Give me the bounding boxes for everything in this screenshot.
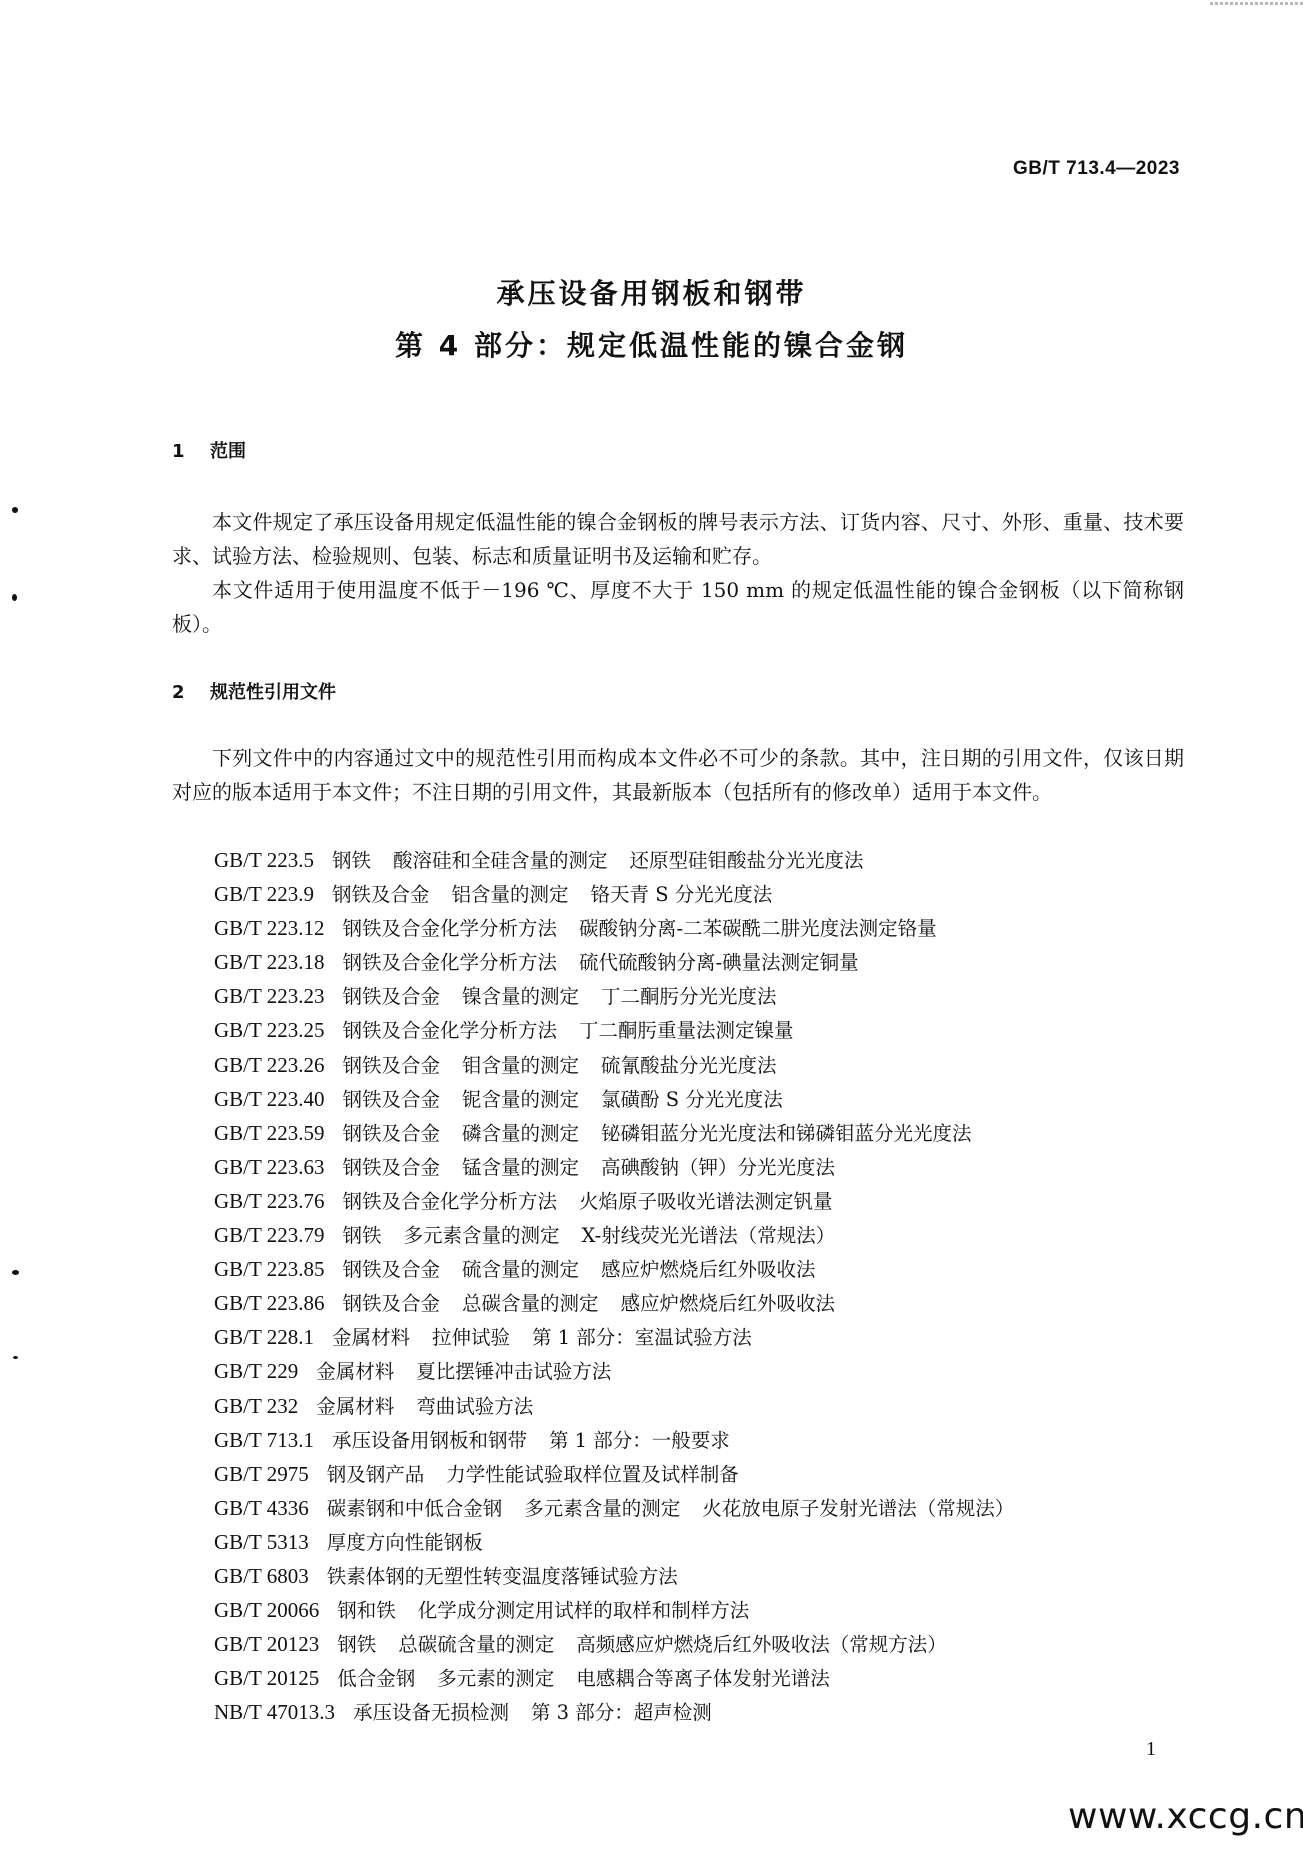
reference-title-part: X-射线荧光光谱法（常规法） xyxy=(582,1219,836,1253)
reference-item: GB/T 5313厚度方向性能钢板 xyxy=(214,1525,1036,1559)
reference-title-part: 钢铁及合金化学分析方法 xyxy=(342,946,557,980)
standard-code: GB/T 713.4—2023 xyxy=(1013,158,1180,180)
watermark: www.xccg.cn xyxy=(1068,1796,1303,1837)
reference-title-part: 钢铁及合金 xyxy=(342,1049,440,1083)
section-heading-normative-references: 2规范性引用文件 xyxy=(172,678,336,704)
reference-title-part: 拉伸试验 xyxy=(432,1321,510,1355)
section-body-normative-references: 下列文件中的内容通过文中的规范性引用而构成本文件必不可少的条款。其中，注日期的引… xyxy=(172,741,1184,809)
reference-item: GB/T 223.5钢铁酸溶硅和全硅含量的测定还原型硅钼酸盐分光光度法 xyxy=(214,843,1036,877)
reference-title-part: 酸溶硅和全硅含量的测定 xyxy=(393,844,608,878)
section-title: 规范性引用文件 xyxy=(210,682,336,703)
reference-item: GB/T 223.86钢铁及合金总碳含量的测定感应炉燃烧后红外吸收法 xyxy=(214,1286,1036,1320)
reference-title-part: 磷含量的测定 xyxy=(462,1117,579,1151)
reference-title-part: 铁素体钢的无塑性转变温度落锤试验方法 xyxy=(327,1560,678,1594)
reference-code: GB/T 20066 xyxy=(214,1593,319,1627)
reference-title-part: 氯磺酚 S 分光光度法 xyxy=(601,1083,783,1117)
reference-title-part: 钢铁及合金 xyxy=(342,1083,440,1117)
reference-code: NB/T 47013.3 xyxy=(214,1695,335,1729)
reference-title-part: 钢铁及合金 xyxy=(342,1117,440,1151)
reference-item: GB/T 223.85钢铁及合金硫含量的测定感应炉燃烧后红外吸收法 xyxy=(214,1252,1036,1286)
reference-item: GB/T 4336碳素钢和中低合金钢多元素含量的测定火花放电原子发射光谱法（常规… xyxy=(214,1491,1036,1525)
reference-title-part: 多元素含量的测定 xyxy=(524,1492,680,1526)
reference-title-part: 化学成分测定用试样的取样和制样方法 xyxy=(418,1594,750,1628)
reference-title-part: 第 1 部分：室温试验方法 xyxy=(532,1321,752,1355)
reference-code: GB/T 223.18 xyxy=(214,945,324,979)
margin-mark xyxy=(13,1356,18,1359)
reference-title-part: 承压设备用钢板和钢带 xyxy=(332,1424,527,1458)
reference-item: GB/T 2975钢及钢产品力学性能试验取样位置及试样制备 xyxy=(214,1457,1036,1491)
section-number: 1 xyxy=(172,441,210,462)
reference-title-part: 钢铁 xyxy=(342,1219,381,1253)
reference-item: GB/T 20123钢铁总碳硫含量的测定高频感应炉燃烧后红外吸收法（常规方法） xyxy=(214,1627,1036,1661)
reference-title-part: 电感耦合等离子体发射光谱法 xyxy=(576,1662,830,1696)
reference-title-part: 铌含量的测定 xyxy=(462,1083,579,1117)
reference-item: GB/T 223.59钢铁及合金磷含量的测定铋磷钼蓝分光光度法和锑磷钼蓝分光光度… xyxy=(214,1116,1036,1150)
reference-title-part: 多元素的测定 xyxy=(437,1662,554,1696)
reference-code: GB/T 228.1 xyxy=(214,1320,314,1354)
reference-title-part: 总碳硫含量的测定 xyxy=(398,1628,554,1662)
reference-code: GB/T 223.63 xyxy=(214,1150,324,1184)
reference-code: GB/T 6803 xyxy=(214,1559,309,1593)
reference-code: GB/T 2975 xyxy=(214,1457,309,1491)
reference-code: GB/T 223.5 xyxy=(214,843,314,877)
reference-item: GB/T 223.18钢铁及合金化学分析方法硫代硫酸钠分离-碘量法测定铜量 xyxy=(214,945,1036,979)
paragraph: 下列文件中的内容通过文中的规范性引用而构成本文件必不可少的条款。其中，注日期的引… xyxy=(172,741,1184,809)
reference-title-part: 钢铁及合金化学分析方法 xyxy=(342,912,557,946)
reference-code: GB/T 223.40 xyxy=(214,1082,324,1116)
reference-code: GB/T 223.85 xyxy=(214,1252,324,1286)
reference-item: GB/T 223.76钢铁及合金化学分析方法火焰原子吸收光谱法测定钒量 xyxy=(214,1184,1036,1218)
reference-code: GB/T 5313 xyxy=(214,1525,309,1559)
reference-title-part: 金属材料 xyxy=(316,1390,394,1424)
reference-item: GB/T 223.12钢铁及合金化学分析方法碳酸钠分离-二苯碳酰二肼光度法测定铬… xyxy=(214,911,1036,945)
reference-title-part: 第 1 部分：一般要求 xyxy=(549,1424,730,1458)
reference-title-part: 高碘酸钠（钾）分光光度法 xyxy=(601,1151,835,1185)
reference-title-part: 镍含量的测定 xyxy=(462,980,579,1014)
paragraph: 本文件适用于使用温度不低于－196 ℃、厚度不大于 150 mm 的规定低温性能… xyxy=(172,573,1184,641)
reference-title-part: 钢铁 xyxy=(332,844,371,878)
reference-title-part: 碳酸钠分离-二苯碳酰二肼光度法测定铬量 xyxy=(579,912,937,946)
reference-title-part: 多元素含量的测定 xyxy=(403,1219,559,1253)
reference-list: GB/T 223.5钢铁酸溶硅和全硅含量的测定还原型硅钼酸盐分光光度法GB/T … xyxy=(214,843,1036,1729)
reference-title-part: 厚度方向性能钢板 xyxy=(327,1526,483,1560)
section-number: 2 xyxy=(172,682,210,703)
page-number: 1 xyxy=(1146,1738,1156,1761)
reference-item: GB/T 223.79钢铁多元素含量的测定X-射线荧光光谱法（常规法） xyxy=(214,1218,1036,1252)
reference-title-part: 铝含量的测定 xyxy=(451,878,568,912)
reference-item: GB/T 223.23钢铁及合金镍含量的测定丁二酮肟分光光度法 xyxy=(214,979,1036,1013)
reference-code: GB/T 223.76 xyxy=(214,1184,324,1218)
reference-title-part: 丁二酮肟分光光度法 xyxy=(601,980,777,1014)
reference-title-part: 铋磷钼蓝分光光度法和锑磷钼蓝分光光度法 xyxy=(601,1117,972,1151)
reference-code: GB/T 223.23 xyxy=(214,979,324,1013)
reference-code: GB/T 223.59 xyxy=(214,1116,324,1150)
reference-title-part: 钢铁及合金 xyxy=(332,878,430,912)
reference-title-part: 铬天青 S 分光光度法 xyxy=(591,878,773,912)
reference-title-part: 感应炉燃烧后红外吸收法 xyxy=(621,1287,836,1321)
reference-title-part: 钢铁及合金 xyxy=(342,1151,440,1185)
document-subtitle: 第 4 部分：规定低温性能的镍合金钢 xyxy=(0,324,1303,364)
reference-item: GB/T 232金属材料弯曲试验方法 xyxy=(214,1389,1036,1423)
reference-code: GB/T 20125 xyxy=(214,1661,319,1695)
reference-title-part: 钢铁及合金 xyxy=(342,980,440,1014)
reference-item: GB/T 223.26钢铁及合金钼含量的测定硫氰酸盐分光光度法 xyxy=(214,1048,1036,1082)
reference-title-part: 夏比摆锤冲击试验方法 xyxy=(416,1355,611,1389)
margin-mark xyxy=(12,594,17,601)
reference-title-part: 金属材料 xyxy=(316,1355,394,1389)
reference-code: GB/T 223.79 xyxy=(214,1218,324,1252)
reference-item: GB/T 20066钢和铁化学成分测定用试样的取样和制样方法 xyxy=(214,1593,1036,1627)
reference-title-part: 钼含量的测定 xyxy=(462,1049,579,1083)
reference-item: GB/T 223.9钢铁及合金铝含量的测定铬天青 S 分光光度法 xyxy=(214,877,1036,911)
reference-title-part: 硫代硫酸钠分离-碘量法测定铜量 xyxy=(579,946,859,980)
reference-code: GB/T 223.9 xyxy=(214,877,314,911)
reference-item: NB/T 47013.3承压设备无损检测第 3 部分：超声检测 xyxy=(214,1695,1036,1729)
reference-title-part: 第 3 部分：超声检测 xyxy=(531,1696,712,1730)
reference-code: GB/T 713.1 xyxy=(214,1423,314,1457)
reference-code: GB/T 232 xyxy=(214,1389,298,1423)
reference-title-part: 火花放电原子发射光谱法（常规法） xyxy=(702,1492,1014,1526)
reference-code: GB/T 223.86 xyxy=(214,1286,324,1320)
reference-item: GB/T 713.1承压设备用钢板和钢带第 1 部分：一般要求 xyxy=(214,1423,1036,1457)
reference-code: GB/T 223.12 xyxy=(214,911,324,945)
reference-title-part: 钢铁及合金化学分析方法 xyxy=(342,1185,557,1219)
reference-title-part: 总碳含量的测定 xyxy=(462,1287,599,1321)
reference-title-part: 火焰原子吸收光谱法测定钒量 xyxy=(579,1185,833,1219)
document-title: 承压设备用钢板和钢带 xyxy=(0,272,1303,312)
reference-title-part: 弯曲试验方法 xyxy=(416,1390,533,1424)
reference-title-part: 碳素钢和中低合金钢 xyxy=(327,1492,503,1526)
reference-title-part: 低合金钢 xyxy=(337,1662,415,1696)
reference-title-part: 力学性能试验取样位置及试样制备 xyxy=(446,1458,739,1492)
reference-item: GB/T 228.1金属材料拉伸试验第 1 部分：室温试验方法 xyxy=(214,1320,1036,1354)
reference-code: GB/T 223.26 xyxy=(214,1048,324,1082)
reference-title-part: 承压设备无损检测 xyxy=(353,1696,509,1730)
reference-code: GB/T 20123 xyxy=(214,1627,319,1661)
reference-title-part: 丁二酮肟重量法测定镍量 xyxy=(579,1014,794,1048)
reference-title-part: 钢和铁 xyxy=(337,1594,396,1628)
reference-title-part: 硫氰酸盐分光光度法 xyxy=(601,1049,777,1083)
reference-title-part: 钢铁及合金化学分析方法 xyxy=(342,1014,557,1048)
reference-title-part: 锰含量的测定 xyxy=(462,1151,579,1185)
reference-title-part: 钢铁 xyxy=(337,1628,376,1662)
reference-code: GB/T 4336 xyxy=(214,1491,309,1525)
section-body-scope: 本文件规定了承压设备用规定低温性能的镍合金钢板的牌号表示方法、订货内容、尺寸、外… xyxy=(172,505,1184,641)
reference-item: GB/T 20125低合金钢多元素的测定电感耦合等离子体发射光谱法 xyxy=(214,1661,1036,1695)
reference-item: GB/T 223.63钢铁及合金锰含量的测定高碘酸钠（钾）分光光度法 xyxy=(214,1150,1036,1184)
reference-title-part: 钢及钢产品 xyxy=(327,1458,425,1492)
reference-item: GB/T 223.25钢铁及合金化学分析方法丁二酮肟重量法测定镍量 xyxy=(214,1013,1036,1047)
reference-code: GB/T 223.25 xyxy=(214,1013,324,1047)
reference-code: GB/T 229 xyxy=(214,1354,298,1388)
reference-title-part: 硫含量的测定 xyxy=(462,1253,579,1287)
scan-artifact-line xyxy=(1210,2,1303,5)
reference-title-part: 感应炉燃烧后红外吸收法 xyxy=(601,1253,816,1287)
reference-title-part: 高频感应炉燃烧后红外吸收法（常规方法） xyxy=(576,1628,947,1662)
reference-title-part: 还原型硅钼酸盐分光光度法 xyxy=(630,844,864,878)
section-title: 范围 xyxy=(210,441,246,462)
paragraph: 本文件规定了承压设备用规定低温性能的镍合金钢板的牌号表示方法、订货内容、尺寸、外… xyxy=(172,505,1184,573)
section-heading-scope: 1范围 xyxy=(172,437,246,463)
reference-item: GB/T 6803铁素体钢的无塑性转变温度落锤试验方法 xyxy=(214,1559,1036,1593)
reference-title-part: 钢铁及合金 xyxy=(342,1287,440,1321)
reference-item: GB/T 223.40钢铁及合金铌含量的测定氯磺酚 S 分光光度法 xyxy=(214,1082,1036,1116)
margin-mark xyxy=(12,507,18,513)
reference-title-part: 钢铁及合金 xyxy=(342,1253,440,1287)
reference-item: GB/T 229金属材料夏比摆锤冲击试验方法 xyxy=(214,1354,1036,1388)
margin-mark xyxy=(12,1270,19,1275)
reference-title-part: 金属材料 xyxy=(332,1321,410,1355)
